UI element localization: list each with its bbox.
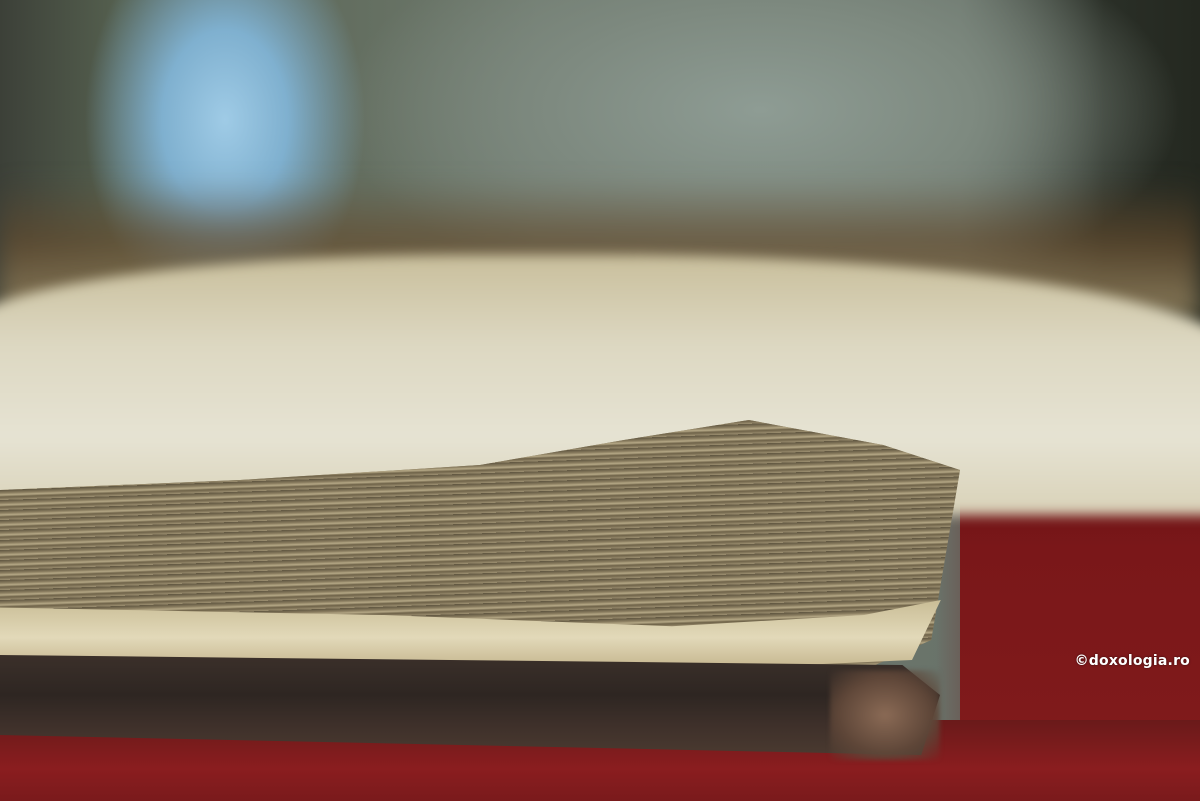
copyright-watermark: ©doxologia.ro (1075, 653, 1190, 669)
damaged-cover-corner (830, 670, 940, 760)
book-photograph: ©doxologia.ro (0, 0, 1200, 801)
